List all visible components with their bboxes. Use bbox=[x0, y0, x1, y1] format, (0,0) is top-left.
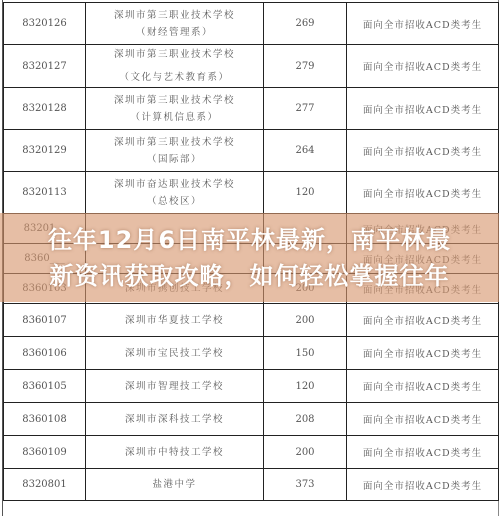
school-name-main: 深圳市第三职业技术学校 bbox=[114, 137, 235, 148]
school-name-sub: （国际部） bbox=[86, 151, 263, 168]
plan-count: 200 bbox=[264, 436, 347, 469]
school-code: 8320801 bbox=[4, 469, 86, 501]
table-row: 8320801 盐港中学 373 面向全市招收ACD类考生 bbox=[4, 469, 499, 501]
enrollment-note: 面向全市招收ACD类考生 bbox=[347, 304, 499, 337]
school-name: 深圳市深科技工学校 bbox=[86, 403, 264, 436]
plan-count: 200 bbox=[264, 304, 347, 337]
enrollment-note: 面向全市招收ACD类考生 bbox=[347, 337, 499, 370]
enrollment-note: 面向全市招收ACD类考生 bbox=[347, 172, 499, 214]
school-name-sub: （计算机信息系） bbox=[86, 109, 263, 126]
school-name: 深圳市宝民技工学校 bbox=[86, 337, 264, 370]
enrollment-note: 面向全市招收ACD类考生 bbox=[347, 45, 499, 88]
school-code: 8320127 bbox=[4, 45, 86, 88]
school-code: 8320126 bbox=[4, 3, 86, 45]
school-name: 深圳市智理技工学校 bbox=[86, 370, 264, 403]
plan-count: 264 bbox=[264, 130, 347, 172]
school-code: 8360108 bbox=[4, 403, 86, 436]
school-code: 8360109 bbox=[4, 436, 86, 469]
enrollment-note: 面向全市招收ACD类考生 bbox=[347, 130, 499, 172]
enrollment-note: 面向全市招收ACD类考生 bbox=[347, 3, 499, 45]
plan-count: 120 bbox=[264, 172, 347, 214]
school-code: 8360106 bbox=[4, 337, 86, 370]
table-row: 8360105 深圳市智理技工学校 120 面向全市招收ACD类考生 bbox=[4, 370, 499, 403]
school-name-sub: （财经管理系） bbox=[86, 24, 263, 41]
school-name-main: 深圳市奋达职业技术学校 bbox=[114, 179, 235, 190]
plan-count: 269 bbox=[264, 3, 347, 45]
table-row: 8320129 深圳市第三职业技术学校 （国际部） 264 面向全市招收ACD类… bbox=[4, 130, 499, 172]
enrollment-note: 面向全市招收ACD类考生 bbox=[347, 370, 499, 403]
table-row: 8320113 深圳市奋达职业技术学校 （总校区） 120 面向全市招收ACD类… bbox=[4, 172, 499, 214]
school-name: 深圳市第三职业技术学校 （计算机信息系） bbox=[86, 88, 264, 130]
school-name: 深圳市第三职业技术学校 （国际部） bbox=[86, 130, 264, 172]
school-code: 8320128 bbox=[4, 88, 86, 130]
school-name: 深圳市中特技工学校 bbox=[86, 436, 264, 469]
table-row: 8360109 深圳市中特技工学校 200 面向全市招收ACD类考生 bbox=[4, 436, 499, 469]
school-name-main: 深圳市第三职业技术学校 bbox=[114, 49, 235, 60]
article-headline: 往年12月6日南平林最新，南平林最 新资讯获取攻略，如何轻松掌握往年 bbox=[0, 222, 499, 294]
enrollment-note: 面向全市招收ACD类考生 bbox=[347, 436, 499, 469]
school-name-main: 深圳市第三职业技术学校 bbox=[114, 95, 235, 106]
table-row: 8320127 深圳市第三职业技术学校 （文化与艺术教育系） 279 面向全市招… bbox=[4, 45, 499, 88]
enrollment-note: 面向全市招收ACD类考生 bbox=[347, 403, 499, 436]
school-name: 深圳市华夏技工学校 bbox=[86, 304, 264, 337]
headline-line-2: 新资讯获取攻略，如何轻松掌握往年 bbox=[0, 258, 499, 294]
table-row: 8360107 深圳市华夏技工学校 200 面向全市招收ACD类考生 bbox=[4, 304, 499, 337]
table-row: 8360106 深圳市宝民技工学校 150 面向全市招收ACD类考生 bbox=[4, 337, 499, 370]
plan-count: 150 bbox=[264, 337, 347, 370]
school-code: 8360107 bbox=[4, 304, 86, 337]
school-name: 深圳市第三职业技术学校 （财经管理系） bbox=[86, 3, 264, 45]
plan-count: 120 bbox=[264, 370, 347, 403]
school-code: 8320113 bbox=[4, 172, 86, 214]
school-name-sub: （总校区） bbox=[86, 193, 263, 210]
school-name: 盐港中学 bbox=[86, 469, 264, 501]
plan-count: 279 bbox=[264, 45, 347, 88]
plan-count: 373 bbox=[264, 469, 347, 501]
plan-count: 277 bbox=[264, 88, 347, 130]
headline-line-1: 往年12月6日南平林最新，南平林最 bbox=[0, 222, 499, 258]
school-code: 8360105 bbox=[4, 370, 86, 403]
enrollment-note: 面向全市招收ACD类考生 bbox=[347, 469, 499, 501]
table-row: 8360108 深圳市深科技工学校 208 面向全市招收ACD类考生 bbox=[4, 403, 499, 436]
school-name-sub: （文化与艺术教育系） bbox=[86, 69, 263, 86]
table-row: 8320126 深圳市第三职业技术学校 （财经管理系） 269 面向全市招收AC… bbox=[4, 3, 499, 45]
school-code: 8320129 bbox=[4, 130, 86, 172]
school-name: 深圳市奋达职业技术学校 （总校区） bbox=[86, 172, 264, 214]
table-row: 8320128 深圳市第三职业技术学校 （计算机信息系） 277 面向全市招收A… bbox=[4, 88, 499, 130]
school-name-main: 深圳市第三职业技术学校 bbox=[114, 10, 235, 21]
plan-count: 208 bbox=[264, 403, 347, 436]
school-name: 深圳市第三职业技术学校 （文化与艺术教育系） bbox=[86, 45, 264, 88]
enrollment-note: 面向全市招收ACD类考生 bbox=[347, 88, 499, 130]
